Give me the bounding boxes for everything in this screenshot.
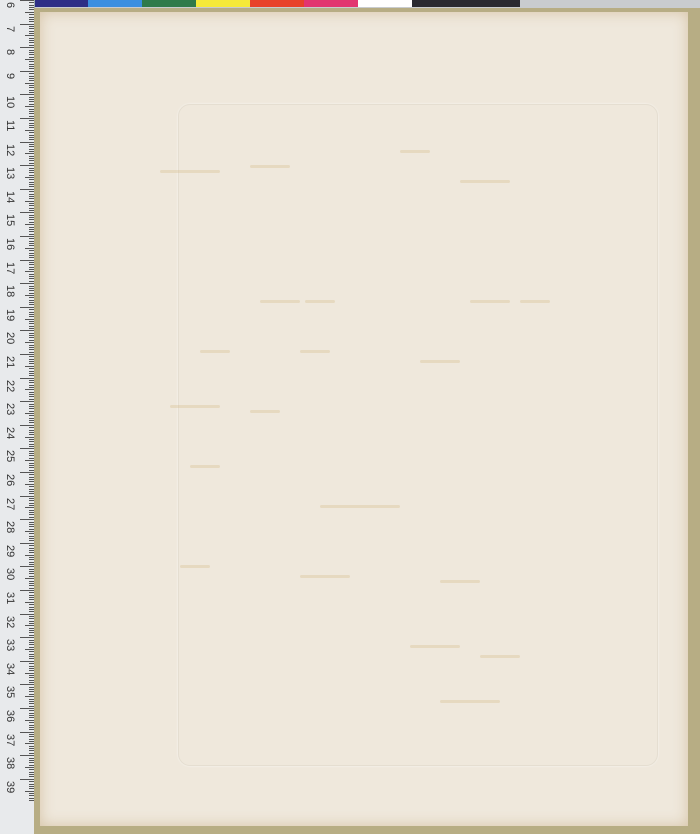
ruler-label: 35 <box>4 686 16 698</box>
ruler-label: 39 <box>4 781 16 793</box>
ruler-label: 12 <box>4 144 16 156</box>
ruler-label: 7 <box>4 26 16 32</box>
ruler-label: 28 <box>4 521 16 533</box>
ruler-label: 26 <box>4 474 16 486</box>
ruler-label: 29 <box>4 545 16 557</box>
ruler-label: 36 <box>4 710 16 722</box>
color-swatch <box>142 0 196 7</box>
ruler-label: 20 <box>4 332 16 344</box>
ruler-label: 18 <box>4 285 16 297</box>
ruler-label: 38 <box>4 757 16 769</box>
ruler-label: 27 <box>4 498 16 510</box>
measurement-ruler: 6789101112131415161718192021222324252627… <box>0 0 35 834</box>
color-swatch <box>250 0 304 7</box>
color-swatch <box>466 0 520 7</box>
paper-page <box>40 12 688 826</box>
ruler-label: 22 <box>4 380 16 392</box>
ruler-label: 30 <box>4 568 16 580</box>
color-swatch <box>412 0 466 7</box>
ruler-label: 14 <box>4 191 16 203</box>
ruler-label: 25 <box>4 450 16 462</box>
ruler-label: 37 <box>4 734 16 746</box>
color-swatch <box>88 0 142 7</box>
ruler-label: 24 <box>4 427 16 439</box>
color-swatch <box>196 0 250 7</box>
ruler-label: 32 <box>4 616 16 628</box>
ruler-label: 6 <box>4 2 16 8</box>
ruler-label: 13 <box>4 167 16 179</box>
ruler-label: 17 <box>4 262 16 274</box>
color-swatch <box>34 0 88 7</box>
ruler-label: 21 <box>4 356 16 368</box>
ruler-label: 15 <box>4 214 16 226</box>
color-calibration-strip <box>34 0 520 7</box>
ruler-label: 19 <box>4 309 16 321</box>
ruler-label: 16 <box>4 238 16 250</box>
ruler-label: 31 <box>4 592 16 604</box>
ruler-label: 34 <box>4 663 16 675</box>
color-swatch <box>358 0 412 7</box>
color-swatch <box>304 0 358 7</box>
ruler-label: 8 <box>4 49 16 55</box>
ruler-label: 9 <box>4 73 16 79</box>
ruler-label: 10 <box>4 96 16 108</box>
ruler-label: 11 <box>4 120 16 131</box>
ruler-label: 23 <box>4 403 16 415</box>
ruler-label: 33 <box>4 639 16 651</box>
plate-impression <box>178 104 658 766</box>
